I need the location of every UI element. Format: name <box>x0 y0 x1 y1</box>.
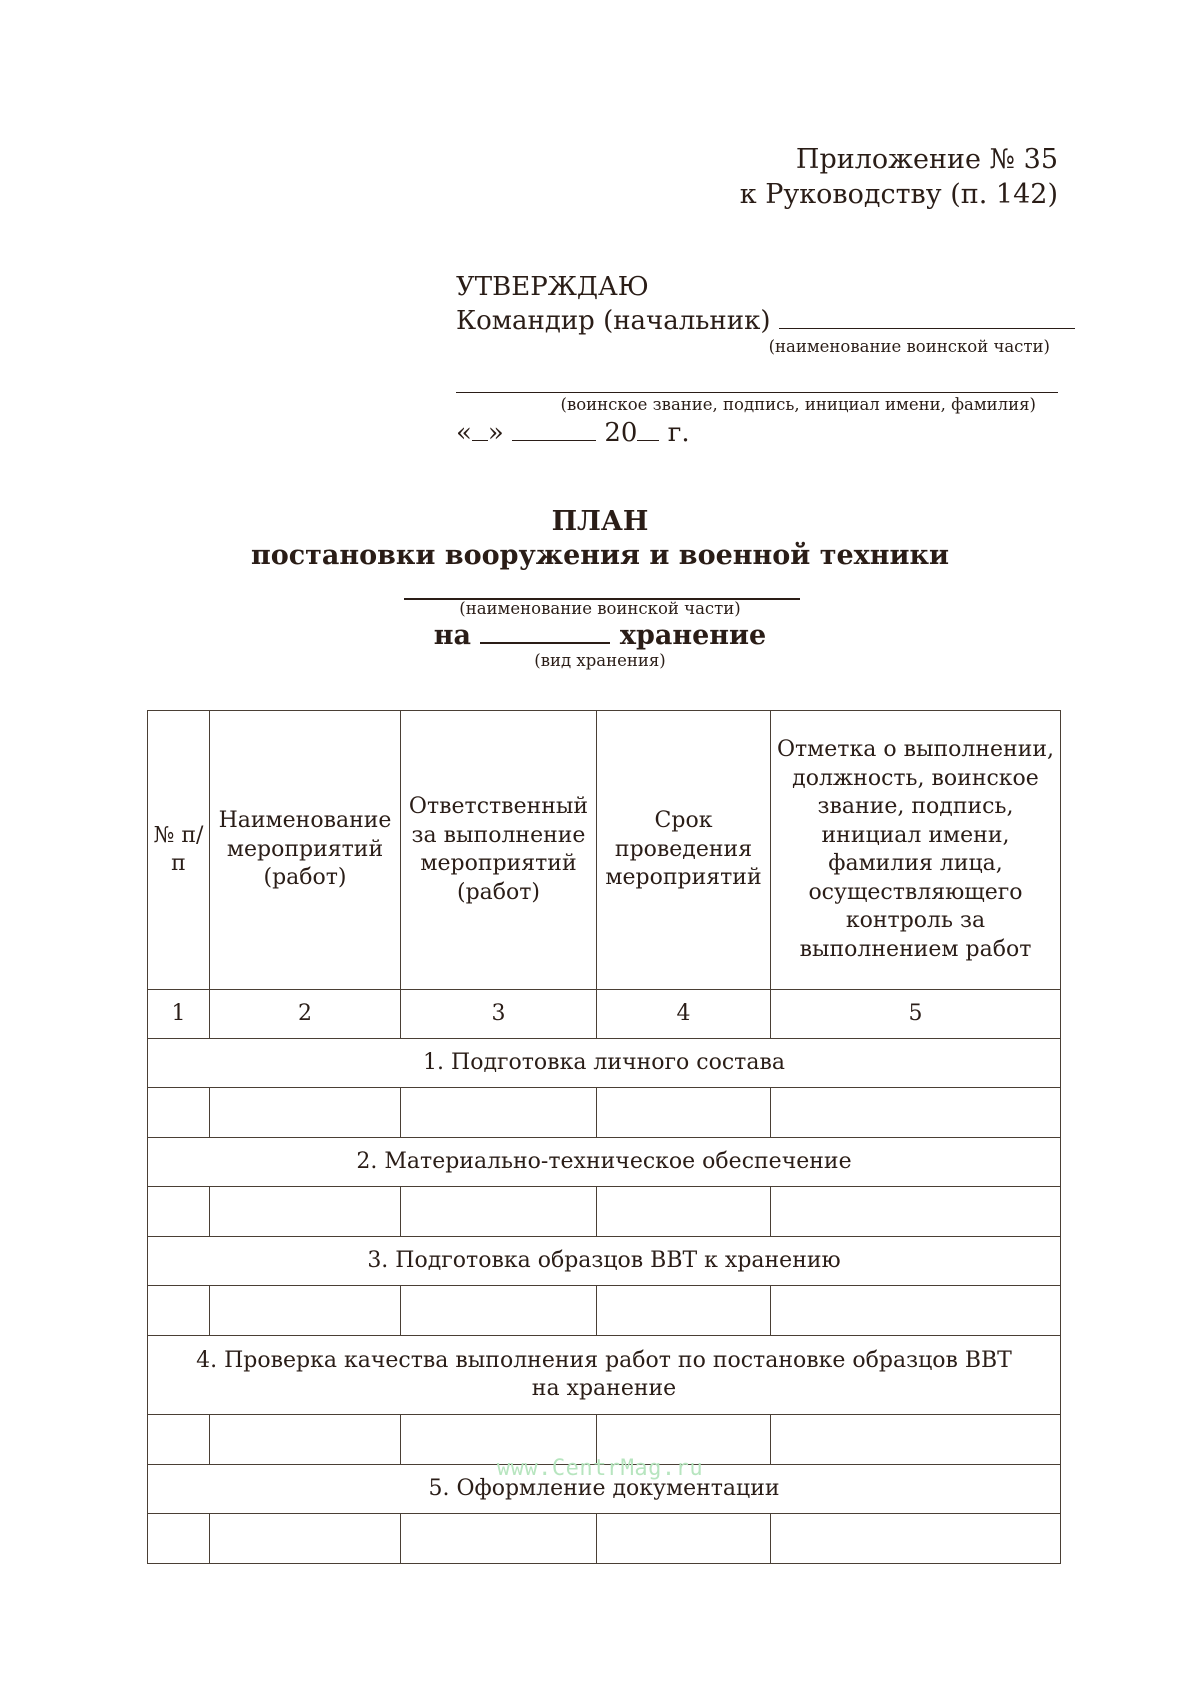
storage-type-caption: (вид хранения) <box>0 652 1200 670</box>
cell-deadline[interactable] <box>597 1286 771 1336</box>
section-row: 1. Подготовка личного состава <box>148 1039 1061 1088</box>
cell-completion-mark[interactable] <box>771 1514 1061 1564</box>
section-heading: 1. Подготовка личного состава <box>148 1039 1061 1088</box>
section-row: 4. Проверка качества выполнения работ по… <box>148 1336 1061 1415</box>
plan-table: № п/п Наименование мероприятий (работ) О… <box>147 710 1061 1564</box>
header-deadline: Срок проведения мероприятий <box>597 711 771 990</box>
section-heading: 3. Подготовка образцов ВВТ к хранению <box>148 1237 1061 1286</box>
cell-responsible[interactable] <box>401 1514 597 1564</box>
plan-unit-caption: (наименование воинской части) <box>0 600 1200 618</box>
cell-number[interactable] <box>148 1187 210 1237</box>
table-row <box>148 1514 1061 1564</box>
signature-field[interactable] <box>456 392 1058 393</box>
storage-prefix: на <box>434 620 471 651</box>
cell-completion-mark[interactable] <box>771 1187 1061 1237</box>
cell-activity[interactable] <box>210 1088 401 1138</box>
approve-heading: УТВЕРЖДАЮ <box>456 272 1058 306</box>
cell-responsible[interactable] <box>401 1286 597 1336</box>
column-number-row: 1 2 3 4 5 <box>148 990 1061 1039</box>
cell-completion-mark[interactable] <box>771 1286 1061 1336</box>
plan-unit-field[interactable] <box>404 578 800 600</box>
signature-line <box>456 370 1058 394</box>
day-field[interactable] <box>472 440 488 441</box>
unit-name-field[interactable] <box>779 328 1075 329</box>
watermark: www.CentrMag.ru <box>0 1456 1200 1481</box>
header-completion-mark: Отметка о выполнении, должность, воинско… <box>771 711 1061 990</box>
approval-date: «» 20 г. <box>456 418 1058 452</box>
year-suffix: г. <box>668 418 690 448</box>
section-row: 2. Материально-техническое обеспечение <box>148 1138 1061 1187</box>
table-row <box>148 1088 1061 1138</box>
cell-activity[interactable] <box>210 1286 401 1336</box>
table-row <box>148 1187 1061 1237</box>
header-number: № п/п <box>148 711 210 990</box>
approval-block: УТВЕРЖДАЮ Командир (начальник) (наименов… <box>456 272 1058 452</box>
cell-deadline[interactable] <box>597 1088 771 1138</box>
header-activity: Наименование мероприятий (работ) <box>210 711 401 990</box>
plan-title: ПЛАН <box>0 506 1200 537</box>
appendix-reference: Приложение № 35 к Руководству (п. 142) <box>740 142 1058 212</box>
year-field[interactable] <box>637 440 659 441</box>
cell-number[interactable] <box>148 1286 210 1336</box>
appendix-guide-reference: к Руководству (п. 142) <box>740 177 1058 212</box>
cell-completion-mark[interactable] <box>771 1088 1061 1138</box>
commander-label: Командир (начальник) <box>456 306 770 336</box>
plan-subtitle: постановки вооружения и военной техники <box>0 540 1200 571</box>
cell-number[interactable] <box>148 1088 210 1138</box>
cell-deadline[interactable] <box>597 1514 771 1564</box>
cell-number[interactable] <box>148 1514 210 1564</box>
column-number: 4 <box>597 990 771 1039</box>
appendix-number: Приложение № 35 <box>740 142 1058 177</box>
column-number: 1 <box>148 990 210 1039</box>
cell-responsible[interactable] <box>401 1088 597 1138</box>
signature-caption: (воинское звание, подпись, инициал имени… <box>456 396 1058 414</box>
unit-name-caption: (наименование воинской части) <box>456 338 1058 356</box>
date-close-quote: » <box>488 418 504 448</box>
date-open-quote: « <box>456 418 472 448</box>
storage-type-field[interactable] <box>480 642 610 644</box>
section-row: 3. Подготовка образцов ВВТ к хранению <box>148 1237 1061 1286</box>
column-number: 5 <box>771 990 1061 1039</box>
month-field[interactable] <box>512 440 596 441</box>
column-number: 2 <box>210 990 401 1039</box>
year-prefix: 20 <box>604 418 637 448</box>
cell-deadline[interactable] <box>597 1187 771 1237</box>
commander-line: Командир (начальник) <box>456 306 1058 340</box>
section-heading: 4. Проверка качества выполнения работ по… <box>148 1336 1061 1415</box>
cell-activity[interactable] <box>210 1514 401 1564</box>
table-header-row: № п/п Наименование мероприятий (работ) О… <box>148 711 1061 990</box>
storage-suffix: хранение <box>620 620 766 651</box>
column-number: 3 <box>401 990 597 1039</box>
cell-activity[interactable] <box>210 1187 401 1237</box>
storage-type-line: на хранение <box>0 620 1200 651</box>
cell-responsible[interactable] <box>401 1187 597 1237</box>
header-responsible: Ответственный за выполнение мероприятий … <box>401 711 597 990</box>
section-heading: 2. Материально-техническое обеспечение <box>148 1138 1061 1187</box>
table-row <box>148 1286 1061 1336</box>
